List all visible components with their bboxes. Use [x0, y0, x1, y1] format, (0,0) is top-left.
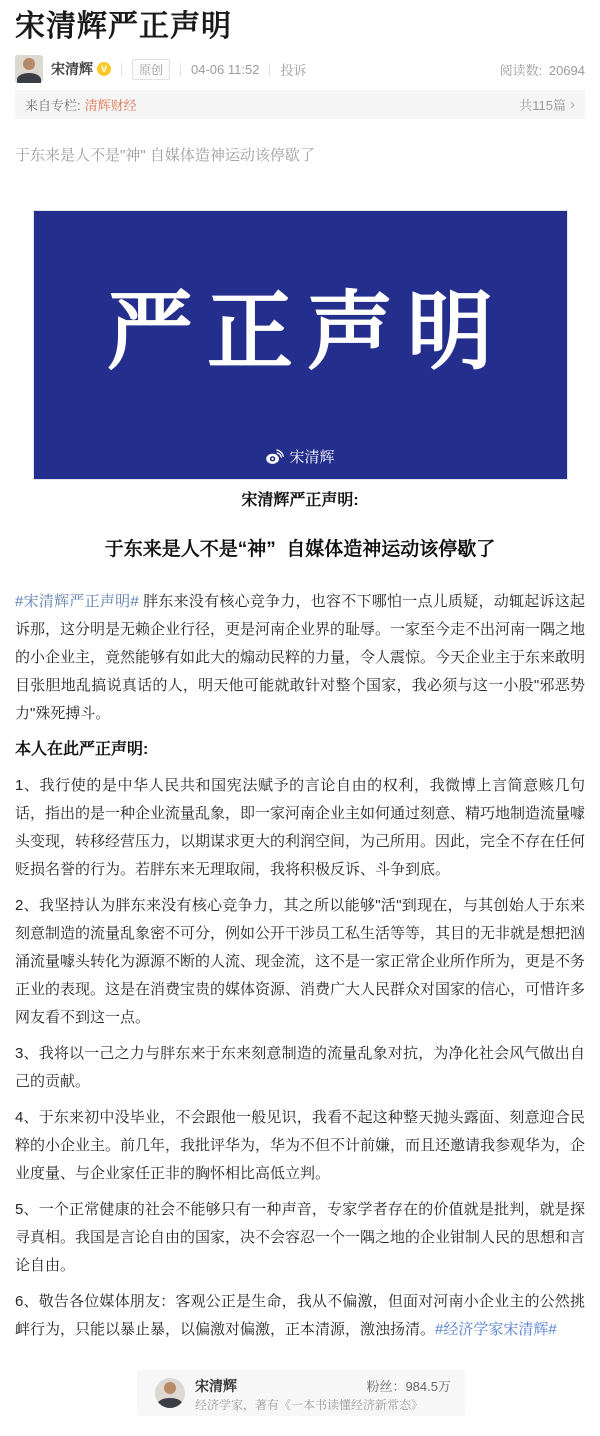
- author-avatar[interactable]: [15, 55, 43, 83]
- statement-point-6: 6、敬告各位媒体朋友：客观公正是生命，我从不偏激，但面对河南小企业主的公然挑衅行…: [15, 1288, 585, 1344]
- column-banner[interactable]: 来自专栏: 清辉财经 共115篇 ›: [15, 90, 585, 119]
- divider: [121, 63, 122, 76]
- statement-point-3: 3、我将以一己之力与胖东来于东来刻意制造的流量乱象对抗，为净化社会风气做出自己的…: [15, 1040, 585, 1096]
- article-body: #宋清辉严正声明# 胖东来没有核心竞争力，也容不下哪怕一点儿质疑，动辄起诉这起诉…: [15, 588, 585, 1344]
- read-count-label: 阅读数:: [500, 63, 543, 78]
- statement-image[interactable]: 严正声明 宋清辉: [33, 210, 568, 480]
- original-tag: 原创: [132, 59, 170, 80]
- author-bar: 宋清辉 V 原创 04-06 11:52 投诉 阅读数: 20694: [15, 54, 585, 84]
- read-count: 阅读数: 20694: [500, 60, 585, 79]
- column-link[interactable]: 清辉财经: [85, 95, 137, 114]
- statement-point-2: 2、我坚持认为胖东来没有核心竞争力，其之所以能够"活"到现在，与其创始人于东来刻…: [15, 892, 585, 1032]
- author-card-fans: 粉丝：984.5万: [366, 1378, 451, 1395]
- hashtag-link-statement[interactable]: #宋清辉严正声明#: [15, 593, 139, 610]
- weibo-icon: [265, 448, 284, 465]
- paragraph-intro-text: 胖东来没有核心竞争力，也容不下哪怕一点儿质疑，动辄起诉这起诉那，这分明是无赖企业…: [15, 593, 585, 722]
- article-subtitle: 于东来是人不是“神” 自媒体造神运动该停歇了: [15, 534, 585, 561]
- publish-time: 04-06 11:52: [191, 62, 259, 77]
- divider: [269, 63, 270, 76]
- author-card-bio: 经济学家，著有《一本书读懂经济新常态》: [195, 1397, 366, 1413]
- author-card-name[interactable]: 宋清辉: [195, 1378, 366, 1395]
- watermark-name: 宋清辉: [289, 446, 334, 467]
- article-pre-title: 于东来是人不是"神" 自媒体造神运动该停歇了: [15, 145, 585, 166]
- author-card-texts: 宋清辉 经济学家，著有《一本书读懂经济新常态》: [195, 1378, 366, 1413]
- statement-point-1: 1、我行使的是中华人民共和国宪法赋予的言论自由的权利，我微博上言简意赅几句话，指…: [15, 772, 585, 884]
- column-prefix: 来自专栏:: [25, 95, 81, 114]
- page-title: 宋清辉严正声明: [15, 8, 585, 46]
- figure-caption: 宋清辉严正声明:: [0, 487, 600, 510]
- author-name[interactable]: 宋清辉: [51, 59, 93, 79]
- verified-badge-icon: V: [97, 62, 111, 76]
- report-button[interactable]: 投诉: [280, 60, 306, 79]
- divider: [180, 63, 181, 76]
- chevron-right-icon[interactable]: ›: [570, 98, 575, 111]
- column-article-count: 共115篇: [519, 95, 566, 114]
- paragraph-intro: #宋清辉严正声明# 胖东来没有核心竞争力，也容不下哪怕一点儿质疑，动辄起诉这起诉…: [15, 588, 585, 728]
- statement-image-headline: 严正声明: [34, 289, 567, 375]
- statement-point-4: 4、于东来初中没毕业，不会跟他一般见识，我看不起这种整天抛头露面、刻意迎合民粹的…: [15, 1104, 585, 1188]
- author-card[interactable]: 宋清辉 经济学家，著有《一本书读懂经济新常态》 粉丝：984.5万: [137, 1370, 465, 1416]
- hashtag-link-economist[interactable]: #经济学家宋清辉#: [435, 1321, 557, 1338]
- statement-image-watermark: 宋清辉: [34, 446, 567, 467]
- author-card-avatar[interactable]: [155, 1378, 185, 1408]
- statement-point-5: 5、一个正常健康的社会不能够只有一种声音，专家学者存在的价值就是批判，就是探寻真…: [15, 1196, 585, 1280]
- read-count-value: 20694: [549, 63, 585, 78]
- declaration-heading: 本人在此严正声明:: [15, 736, 585, 764]
